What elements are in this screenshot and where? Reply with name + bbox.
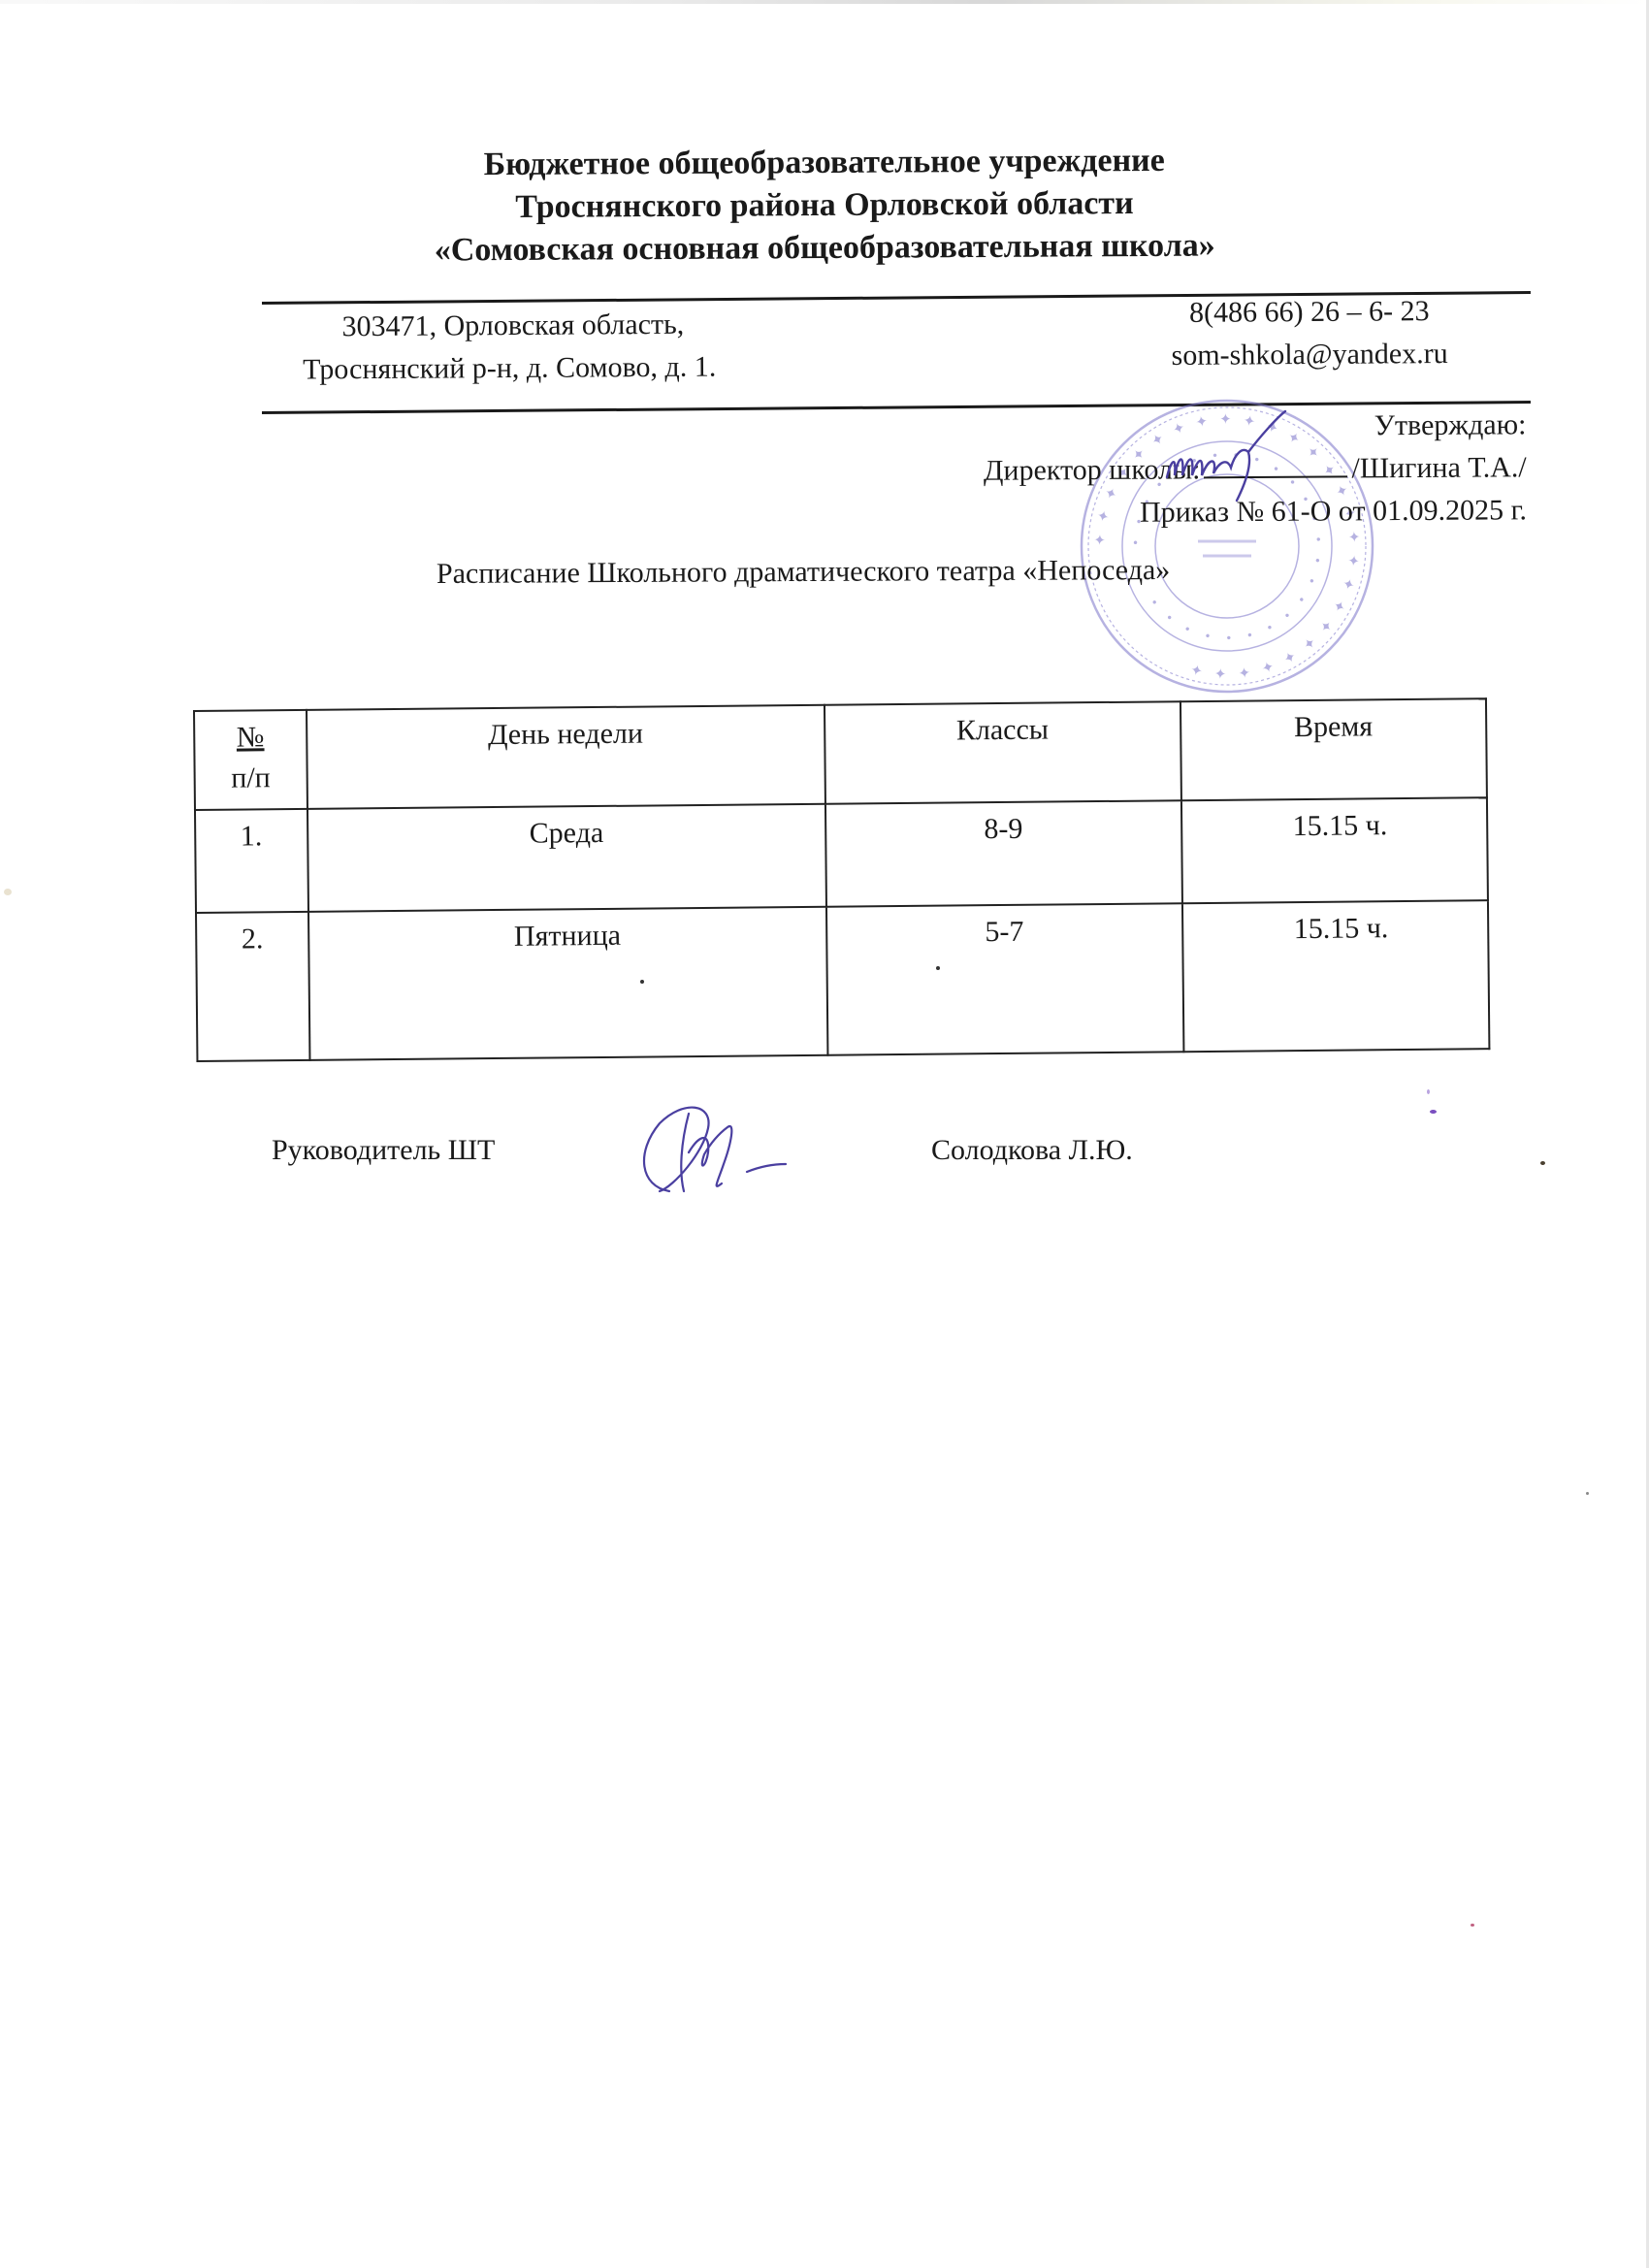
school-phone: 8(486 66) 26 – 6- 23 — [1125, 290, 1494, 336]
row-time: 15.15 ч. — [1182, 900, 1490, 1052]
column-header-day: День недели — [307, 705, 825, 809]
signer-role: Руководитель ШТ — [272, 1129, 495, 1172]
column-header-classes: Классы — [824, 701, 1181, 804]
director-label: Директор школы: — [984, 453, 1201, 486]
address-line: 303471, Орловская область, — [310, 304, 716, 349]
organization-header: Бюджетное общеобразовательное учреждение… — [0, 137, 1649, 275]
document-title: Расписание Школьного драматического теат… — [436, 549, 1170, 596]
scan-speck — [1540, 1161, 1545, 1165]
row-classes: 5-7 — [826, 903, 1183, 1055]
director-signature-line — [1205, 450, 1348, 478]
approval-block: Утверждаю: Директор школы:/Шигина Т.А./ … — [984, 404, 1527, 535]
row-number: 1. — [195, 809, 308, 913]
scan-edge-artifact — [0, 0, 1649, 4]
row-number: 2. — [196, 912, 309, 1061]
scan-speck — [1430, 1110, 1437, 1114]
row-time: 15.15 ч. — [1181, 797, 1488, 903]
table-header-row: № п/п День недели Классы Время — [194, 698, 1487, 810]
table-row: 2. Пятница 5-7 15.15 ч. — [196, 900, 1489, 1061]
schedule-table: № п/п День недели Классы Время 1. Среда … — [193, 697, 1490, 1062]
number-symbol: № — [237, 721, 265, 753]
table-row: 1. Среда 8-9 15.15 ч. — [195, 797, 1488, 913]
school-email: som-shkola@yandex.ru — [1125, 333, 1494, 378]
org-line: «Сомовская основная общеобразовательная … — [0, 222, 1649, 275]
scan-speck — [4, 889, 12, 895]
address-line: Троснянский р-н, д. Сомово, д. 1. — [303, 346, 716, 392]
scan-speck — [1427, 1089, 1430, 1094]
leader-signature — [630, 1094, 854, 1201]
row-classes: 8-9 — [825, 800, 1182, 907]
scan-speck — [1586, 1492, 1589, 1495]
column-header-number: № п/п — [194, 710, 307, 810]
signer-name: Солодкова Л.Ю. — [931, 1129, 1133, 1172]
number-subheader: п/п — [231, 761, 271, 794]
scan-speck — [1471, 1924, 1474, 1927]
row-day: Пятница — [308, 907, 827, 1060]
school-address: 303471, Орловская область, Троснянский р… — [310, 304, 717, 392]
director-name: /Шигина Т.А./ — [1352, 451, 1527, 484]
school-contacts: 8(486 66) 26 – 6- 23 som-shkola@yandex.r… — [1125, 290, 1495, 378]
column-header-time: Время — [1180, 698, 1487, 800]
director-line: Директор школы:/Шигина Т.А./ — [984, 446, 1527, 492]
row-day: Среда — [307, 804, 826, 912]
approve-label: Утверждаю: — [984, 404, 1527, 449]
order-reference: Приказ № 61-О от 01.09.2025 г. — [984, 489, 1527, 535]
